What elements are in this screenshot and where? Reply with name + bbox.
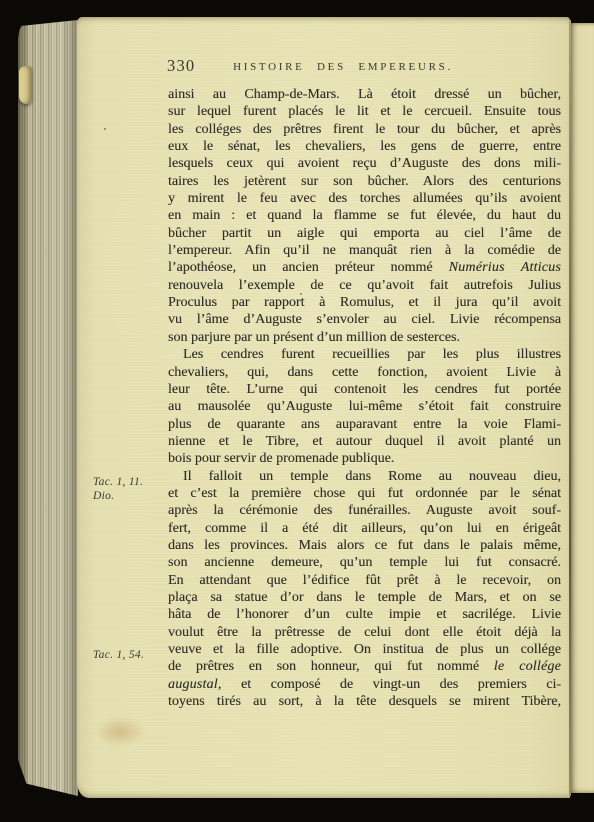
text-line: taires les jetèrent sur son bûcher. Alor… (168, 173, 561, 190)
text-line: hâta de l’honorer d’un culte impie et sa… (168, 606, 561, 623)
page-edge-tab (19, 66, 32, 104)
text-line: plaça sa statue d’or dans le temple de M… (168, 589, 561, 606)
text-line: veuve et la fille adoptive. On institua … (168, 641, 561, 658)
text-line: fert, comme il a été dit ailleurs, qu’on… (168, 520, 561, 537)
text-line: lesquels ceux qui avoient reçu d’Auguste… (168, 155, 561, 172)
paper-speck (489, 561, 491, 563)
text-line: leur tête. L’urne qui contenoit les cend… (168, 381, 561, 398)
text-line: son ancienne demeure, qu’un temple lui f… (168, 554, 561, 571)
paper-speck (300, 293, 302, 295)
text-line: les colléges des prêtres firent le tour … (168, 121, 561, 138)
text-line: augustal, et composé de vingt-un des pre… (168, 676, 561, 693)
text-line: l’apothéose, un ancien préteur nommé Num… (168, 259, 561, 276)
text-line: voulut être la prêtresse de celui dont e… (168, 624, 561, 641)
text-line: ainsi au Champ-de-Mars. Là étoit dressé … (168, 86, 561, 103)
text-line: sur lequel furent placés le lit et le ce… (168, 103, 561, 120)
text-line: bois pour servir de promenade publique. (168, 450, 561, 467)
text-line: plus de quarante ans auparavant entre la… (168, 416, 561, 433)
text-line: Proculus par rapport à Romulus, et il ju… (168, 294, 561, 311)
text-line: nienne et le Tibre, et autour duquel il … (168, 433, 561, 450)
text-line: en main : et quand la flamme se fut élev… (168, 207, 561, 224)
paper-speck (104, 128, 106, 130)
text-line: renouvela l’exemple de ce qu’avoit fait … (168, 277, 561, 294)
page-body-text: ainsi au Champ-de-Mars. Là étoit dressé … (168, 86, 561, 710)
text-line: bûcher partit un aigle qui emporta au ci… (168, 225, 561, 242)
text-line: En attendant que l’édifice fût prêt à le… (168, 572, 561, 589)
margin-citation: Tac. 1, 11.Dio. (93, 475, 163, 503)
fore-edge-page-stack (18, 20, 78, 796)
text-line: toyens tirés au sort, à la tête desquels… (168, 693, 561, 710)
running-title: HISTOIRE DES EMPEREURS. (168, 61, 518, 73)
text-line: y mirent le feu avec des torches allumée… (168, 190, 561, 207)
text-line: et c’est la première chose qui fut ordon… (168, 485, 561, 502)
text-line: son parjure par un présent d’un million … (168, 329, 561, 346)
paper-stain (94, 716, 146, 748)
text-line: l’empereur. Afin qu’il ne manquât rien à… (168, 242, 561, 259)
text-line: de prêtres en son honneur, qui fut nommé… (168, 658, 561, 675)
text-line: au mausolée qu’Auguste lui-même s’étoit … (168, 398, 561, 415)
margin-citation: Tac. 1, 54. (93, 648, 163, 662)
text-line: après la cérémonie des funérailles. Augu… (168, 502, 561, 519)
facing-page-sliver (571, 23, 594, 793)
text-line: Il falloit un temple dans Rome au nouvea… (168, 468, 561, 485)
text-line: dans les provinces. Mais alors ce fut da… (168, 537, 561, 554)
text-line: Les cendres furent recueillies par les p… (168, 346, 561, 363)
text-line: vu l’âme d’Auguste s’envoler au ciel. Li… (168, 311, 561, 328)
text-line: chevaliers, qui, dans cette fonction, av… (168, 364, 561, 381)
text-line: eux le sénat, les chevaliers, les gens d… (168, 138, 561, 155)
book-scan: 330 HISTOIRE DES EMPEREURS. ainsi au Cha… (0, 0, 594, 822)
